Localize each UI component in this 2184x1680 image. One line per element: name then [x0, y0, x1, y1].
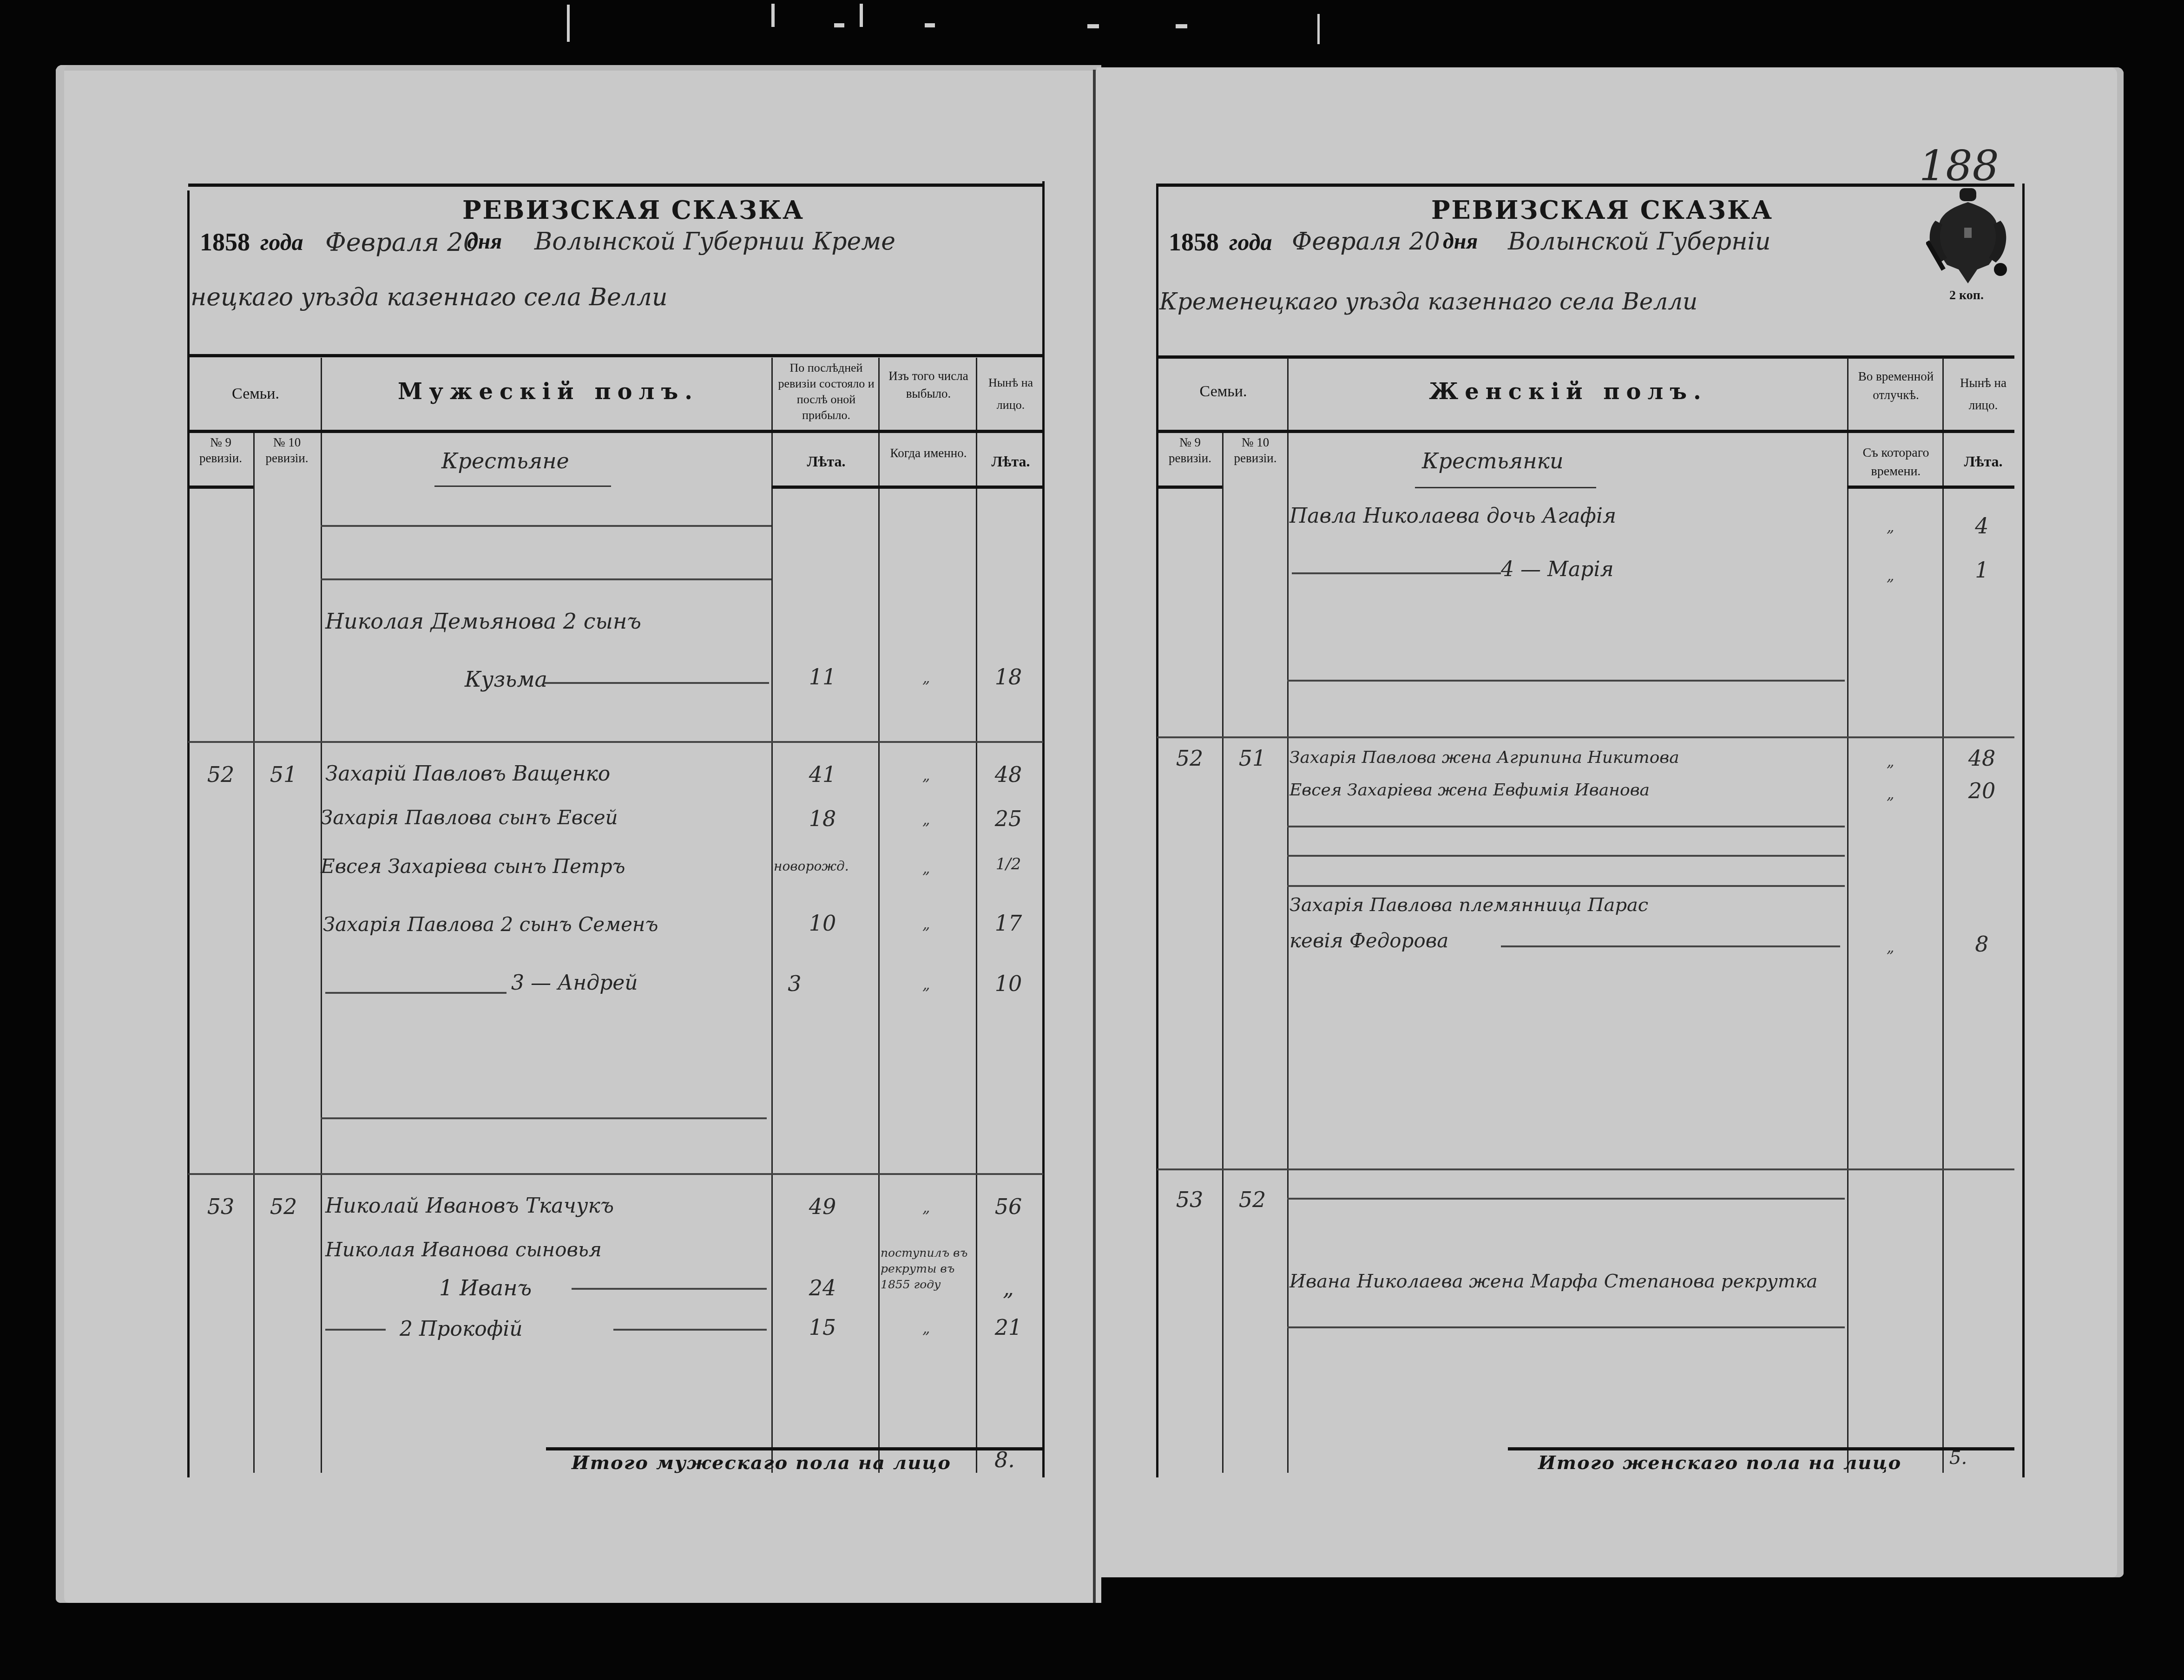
table-top-rule — [1157, 184, 2014, 187]
person-name: Кузьма — [465, 667, 547, 692]
header-years-last: Лѣта. — [775, 453, 877, 470]
fill-dash — [613, 1329, 767, 1331]
book-gutter — [1093, 70, 1096, 1603]
row-rule — [321, 1117, 767, 1119]
date-year-label: года — [260, 229, 303, 256]
fill-dash — [325, 992, 507, 994]
header-rev9: № 9 ревизіи. — [191, 434, 251, 466]
header-last-revision: По послѣдней ревизіи состояло и послѣ он… — [775, 360, 877, 423]
row-rule — [1287, 680, 1845, 682]
film-frame-mark — [1317, 14, 1320, 44]
form-title: РЕВИЗСКАЯ СКАЗКА — [462, 195, 804, 225]
district-village: Кременецкаго уѣзда казеннаго села Велли — [1159, 288, 1697, 315]
rev10-number: 52 — [258, 1194, 309, 1219]
date-month-day: Февраля 20 — [1292, 228, 1440, 256]
family-divider — [188, 1173, 1043, 1175]
table-left-border — [187, 190, 190, 1477]
header-bottom-rule — [1847, 486, 2014, 489]
person-name: 2 Прокофій — [400, 1317, 523, 1341]
header-present: Нынѣ на лицо. — [980, 372, 1042, 416]
age-last: 41 — [776, 762, 869, 787]
header-female-section: Женскій полъ. — [1292, 379, 1845, 405]
col-divider — [1222, 432, 1224, 1473]
fill-dash — [1501, 945, 1840, 947]
header-years: Лѣта. — [1946, 453, 2020, 470]
absence-mark: „ — [1887, 753, 1895, 770]
person-name: Захарій Павловъ Ващенко — [325, 762, 610, 786]
absence-mark: „ — [1887, 567, 1895, 584]
col-divider — [976, 358, 977, 1473]
age-now: „ — [980, 1275, 1036, 1300]
header-mid-rule — [1157, 430, 2014, 433]
table-right-border — [1042, 181, 1045, 1477]
header-years-now: Лѣта. — [980, 453, 1042, 470]
departed-mark: „ — [922, 976, 930, 993]
person-name: Николая Демьянова 2 сынъ — [325, 609, 641, 634]
province-name: Волынской Губернии Креме — [534, 228, 895, 256]
absence-mark: „ — [1887, 785, 1895, 803]
age-last: 3 — [762, 971, 827, 996]
estate-underline — [434, 486, 611, 487]
person-name: Захарія Павлова племянница Парас — [1289, 894, 1648, 916]
departed-mark: „ — [922, 1319, 930, 1337]
person-name: Ивана Николаева жена Марфа Степанова рек… — [1289, 1271, 1817, 1292]
family-divider — [1157, 1168, 2014, 1170]
fill-dash — [325, 1329, 386, 1331]
rev9-number: 53 — [1164, 1187, 1215, 1212]
table-right-border — [2022, 184, 2025, 1477]
rev10-number: 51 — [258, 762, 309, 787]
fill-dash — [1292, 572, 1501, 574]
age-last: 18 — [776, 806, 869, 831]
date-year: 1858 — [200, 228, 250, 256]
header-mid-rule — [188, 430, 1043, 433]
age-now: 10 — [980, 971, 1036, 996]
row-rule — [1287, 855, 1845, 857]
row-rule — [1287, 1326, 1845, 1328]
film-frame-mark — [925, 23, 935, 27]
absence-mark: „ — [1887, 938, 1895, 956]
header-bottom-rule — [1157, 486, 1222, 489]
person-name: Евсея Захаріева сынъ Петръ — [321, 855, 625, 878]
header-male-section: Мужескій полъ. — [325, 379, 771, 405]
film-frame-mark — [771, 4, 775, 27]
age-now: 4 — [1947, 513, 2017, 538]
family-divider — [188, 741, 1043, 743]
col-divider — [1942, 358, 1944, 1473]
header-present: Нынѣ на лицо. — [1946, 372, 2020, 416]
person-name: 3 — Андрей — [511, 971, 638, 995]
estate-underline — [1415, 487, 1596, 488]
age-now: 25 — [980, 806, 1036, 831]
age-now: 48 — [1947, 746, 2017, 771]
header-rev10: № 10 ревизіи. — [256, 434, 318, 466]
header-when: Когда именно. — [882, 444, 975, 462]
age-last: 11 — [776, 664, 869, 689]
row-rule — [1287, 1198, 1845, 1200]
header-top-rule — [188, 354, 1043, 357]
col-divider — [771, 358, 773, 1473]
header-estate-peasants: Крестьяне — [441, 448, 569, 473]
person-name: Захарія Павлова 2 сынъ Семенъ — [323, 913, 658, 936]
row-rule — [1287, 885, 1845, 887]
departed-mark: „ — [922, 1199, 930, 1216]
person-name: Павла Николаева дочь Агафія — [1289, 504, 1616, 528]
col-divider — [1847, 358, 1849, 1473]
total-male-value: 8. — [994, 1447, 1015, 1472]
family-divider — [1157, 736, 2014, 738]
film-frame-mark — [1176, 24, 1187, 28]
age-last: новорожд. — [774, 859, 849, 874]
age-now: 21 — [980, 1315, 1036, 1340]
age-now: 48 — [980, 762, 1036, 787]
form-title: РЕВИЗСКАЯ СКАЗКА — [1431, 195, 1773, 225]
total-female-label: Итого женскаго пола на лицо — [1538, 1452, 1901, 1474]
person-name: Николая Иванова сыновья — [325, 1238, 602, 1261]
header-estate-peasant-women: Крестьянки — [1422, 448, 1564, 473]
film-frame-mark — [567, 5, 570, 42]
age-now: 1/2 — [980, 855, 1036, 873]
film-frame-mark — [860, 4, 863, 27]
age-now: 17 — [980, 911, 1036, 936]
person-name: кевія Федорова — [1289, 929, 1448, 952]
age-now: 56 — [980, 1194, 1036, 1219]
table-top-rule — [188, 184, 1043, 187]
total-rule — [546, 1447, 1043, 1450]
total-female-value: 5. — [1949, 1447, 1967, 1469]
departed-mark: „ — [922, 767, 930, 784]
age-now: 1 — [1947, 558, 2017, 583]
date-year: 1858 — [1169, 228, 1219, 256]
header-rev9: № 9 ревизіи. — [1159, 434, 1221, 466]
age-last: 15 — [776, 1315, 869, 1340]
departed-note: поступилъ въ рекруты въ 1855 году — [881, 1245, 974, 1293]
header-departed: Изъ того числа выбыло. — [882, 367, 975, 402]
person-name: 4 — Марія — [1501, 558, 1614, 581]
departed-mark: „ — [922, 669, 930, 687]
header-bottom-rule — [771, 486, 1043, 489]
double-headed-eagle-icon — [1926, 188, 2010, 286]
col-divider — [1287, 358, 1289, 1473]
rev10-number: 52 — [1227, 1187, 1278, 1212]
age-now: 20 — [1947, 778, 2017, 803]
date-month-day: Февраля 20 — [325, 228, 479, 257]
col-divider — [253, 432, 255, 1473]
date-day-label: дня — [467, 229, 502, 254]
rev9-number: 52 — [1164, 746, 1215, 771]
stamp-value: 2 коп. — [1949, 288, 1984, 303]
total-male-label: Итого мужескаго пола на лицо — [572, 1452, 951, 1474]
date-day-label: дня — [1443, 229, 1478, 254]
header-families: Семьи. — [191, 386, 321, 402]
header-families: Семьи. — [1159, 383, 1287, 400]
province-name: Волынской Губерніи — [1508, 228, 1771, 256]
rev10-number: 51 — [1227, 746, 1278, 771]
departed-mark: „ — [922, 860, 930, 877]
film-frame-mark — [834, 23, 844, 27]
col-divider — [878, 358, 880, 1473]
fill-dash — [572, 1288, 767, 1290]
age-now: 18 — [980, 664, 1036, 689]
row-rule — [1287, 826, 1845, 827]
header-rev10: № 10 ревизіи. — [1224, 434, 1286, 466]
header-bottom-rule — [188, 486, 253, 489]
departed-mark: „ — [922, 915, 930, 933]
person-name: 1 Иванъ — [439, 1275, 532, 1300]
rev9-number: 52 — [195, 762, 246, 787]
absence-mark: „ — [1887, 518, 1895, 536]
departed-mark: „ — [922, 811, 930, 828]
person-name: Захарія Павлова сынъ Евсей — [321, 806, 618, 829]
header-since-when: Съ котораго времени. — [1850, 444, 1941, 481]
rev9-number: 53 — [195, 1194, 246, 1219]
row-rule — [321, 578, 771, 580]
person-name: Николай Ивановъ Ткачукъ — [325, 1194, 614, 1218]
age-last: 24 — [776, 1275, 869, 1300]
age-now: 8 — [1947, 932, 2017, 957]
district-village: нецкаго уѣзда казеннаго села Велли — [191, 283, 667, 311]
person-name: Евсея Захаріева жена Евфимія Иванова — [1289, 781, 1650, 800]
header-temp-absence: Во временной отлучкѣ. — [1850, 367, 1941, 404]
person-name: Захарія Павлова жена Агрипина Никитова — [1289, 748, 1679, 767]
date-year-label: года — [1229, 229, 1272, 256]
table-left-border — [1156, 184, 1158, 1477]
film-frame-mark — [1087, 24, 1099, 28]
header-top-rule — [1157, 355, 2014, 359]
age-last: 10 — [776, 911, 869, 936]
row-rule — [321, 525, 771, 527]
total-rule — [1508, 1447, 2014, 1450]
fill-dash — [544, 682, 769, 684]
age-last: 49 — [776, 1194, 869, 1219]
